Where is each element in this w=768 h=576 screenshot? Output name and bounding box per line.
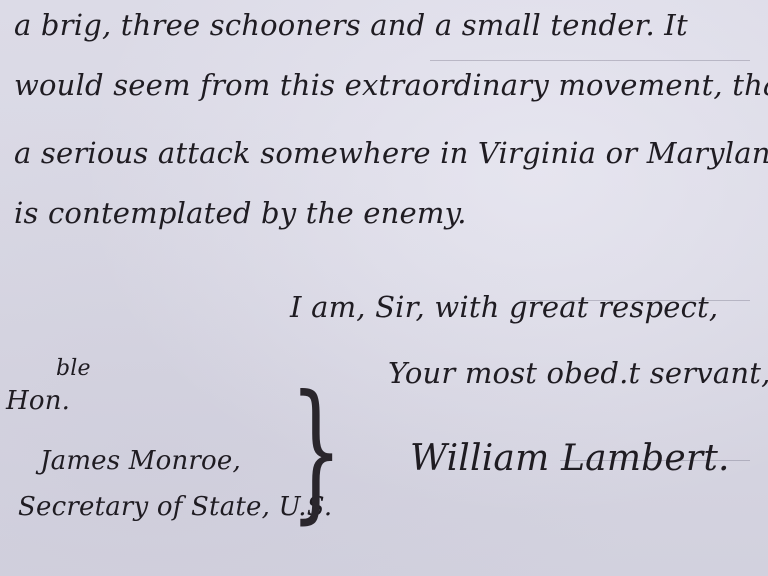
addressee-honorific: Hon.	[6, 386, 70, 416]
addressee-title: Secretary of State, U.S.	[18, 492, 332, 522]
letter-body-line-4: is contemplated by the enemy.	[14, 196, 467, 230]
curly-brace-icon: }	[290, 376, 342, 526]
letter-body-line-3: a serious attack somewhere in Virginia o…	[14, 136, 768, 170]
honorific-superscript: ble	[56, 356, 91, 381]
faint-ruled-line	[430, 60, 750, 61]
closing-salutation: I am, Sir, with great respect,	[290, 290, 718, 324]
addressee-name: James Monroe,	[40, 446, 241, 476]
signature: William Lambert.	[410, 438, 730, 479]
letter-body-line-1: a brig, three schooners and a small tend…	[14, 8, 688, 42]
letter-page: a brig, three schooners and a small tend…	[0, 0, 768, 576]
letter-body-line-2: would seem from this extraordinary movem…	[14, 68, 768, 102]
closing-servant-line: Your most obed.t servant,	[388, 356, 768, 390]
